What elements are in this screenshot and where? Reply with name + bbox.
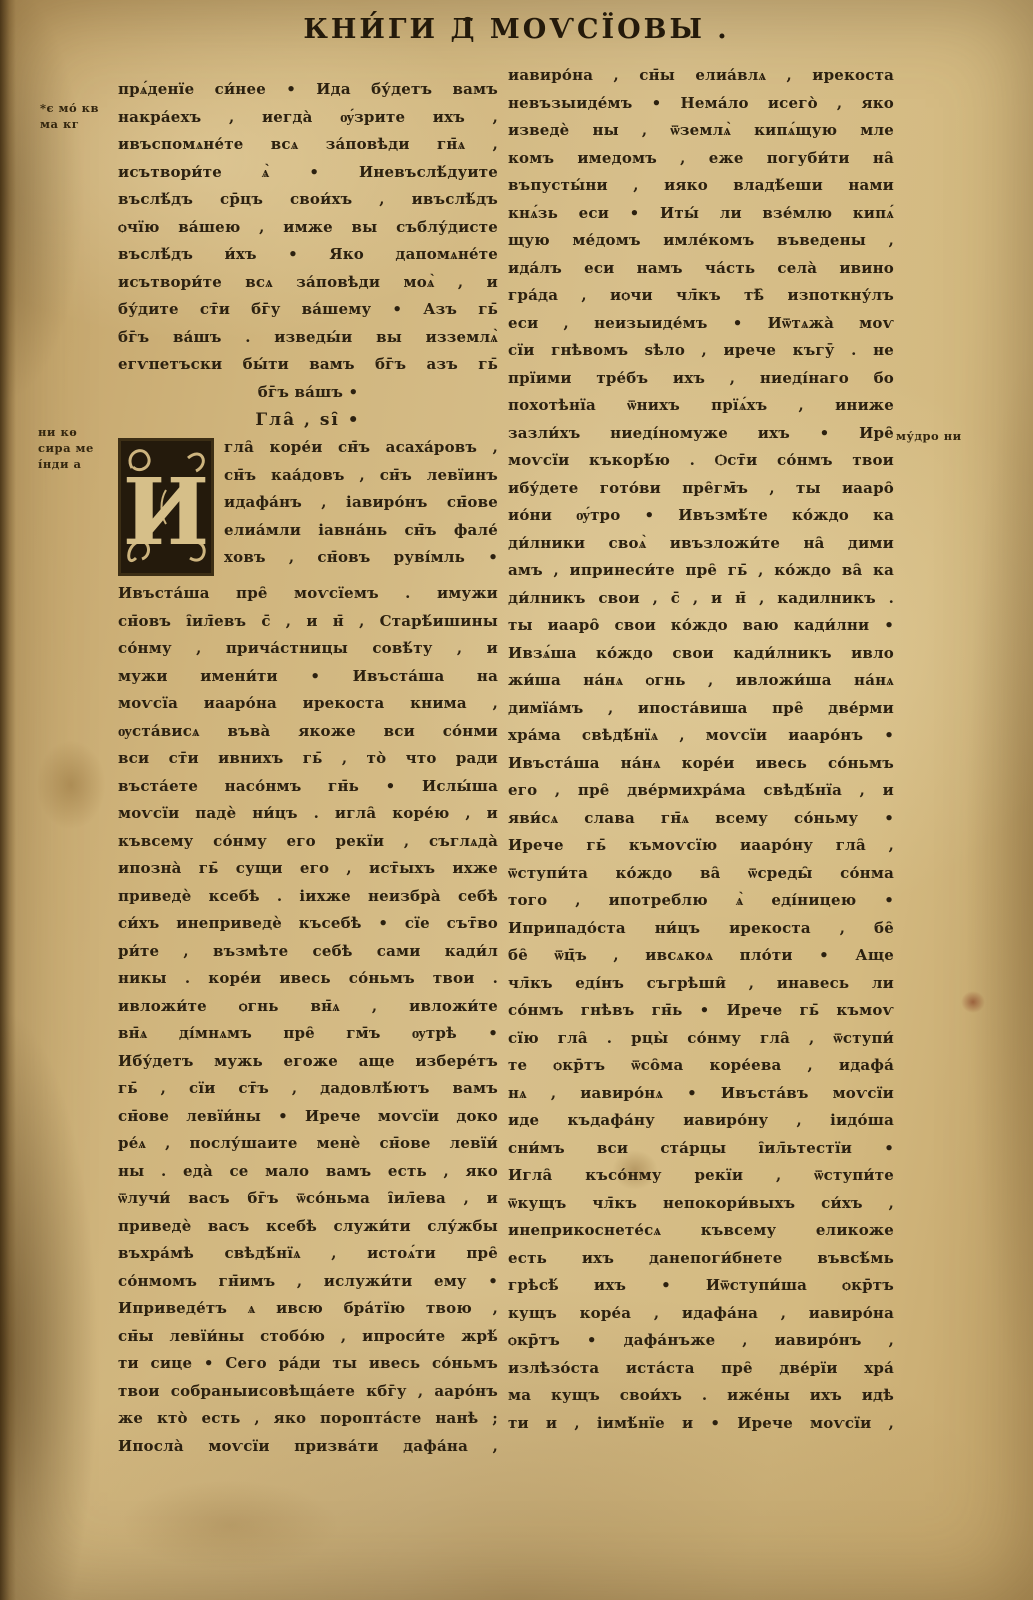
text-line: въхра́мѣ свѣдѣ́нїѧ , истоѧ́ти пре̑ [118,1240,498,1268]
text-line: въслѣ́дъ и́хъ • Яко дапомѧне́те [118,241,498,269]
text-line: ѻкр̄тъ • дафа́нъже , иавиро́нъ , [508,1327,894,1355]
text-line: гла̑ коре́и сн̄ъ асаха́ровъ , [224,434,498,462]
text-line: щую ме́домъ имле́комъ въведены , [508,227,894,255]
margin-note-reference-right: му́дро ни [896,428,1006,444]
text-line: того , ипотреблю ѧ̀ еді́ницею • [508,887,894,915]
text-line: Ирече гь̄ къмоѵсїю иааро́ну гла̑ , [508,832,894,860]
text-line: Ивзѧ́ша ко́ждо свои кади́лникъ ивло [508,640,894,668]
margin-note-references-chapter: ни кѳ сира ме і́нди а [38,424,110,472]
decorative-initial-block: И [118,438,214,580]
text-line: ибу́дете гото́ви пре̑гм̄ъ , ты иааро̑ [508,475,894,503]
text-line: Игла̑ късо́нму рекїи , ѿступи́те [508,1162,894,1190]
margin-note-line: сира ме [38,440,110,456]
text-line: ио́ни ѹ́тро • Ивъзмѣ́те ко́ждо ка [508,502,894,530]
text-line: ѻчїю ва́шею , имже вы съблу́дисте [118,214,498,242]
text-line: къвсему со́нму его рекїи , съглѧда̀ [118,828,498,856]
initial-letter: И [123,458,210,566]
text-line: кнѧ́зь еси • Иты́ ли взе́млю кипѧ́ [508,200,894,228]
binding-edge-shadow [0,0,16,1600]
text-line: въслѣ́дъ ср̄цъ свои́хъ , ивъслѣ́дъ [118,186,498,214]
text-line: твои собраныисовѣща́ете кбг̄у , ааро́нъ [118,1378,498,1406]
text-line: никы . коре́и ивесь со́ньмъ твои . [118,965,498,993]
text-line: сн̄овъ і̑ил̄евъ с̄ , и н̄ , Старѣ́ишины [118,608,498,636]
chapter-body-text: иавиро́на , сн̄ы елиа́влѧ , ирекостаневъ… [508,62,894,1437]
text-line: ти и , іимѣ́нїе и • Ирече моѵсїи , [508,1410,894,1438]
text-line: бе̑ ѿц̄ъ , ивсѧкоѧ пло́ти • Аще [508,942,894,970]
chapter-body-text: Ивъста́ша пре̑ моѵсїемъ . имужисн̄овъ і̑… [118,580,498,1460]
text-line: со́нмъ гнѣвъ гн̄ь • Ирече гь̄ къмоѵ [508,997,894,1025]
text-line: со́нму , прича́стницы совѣ́ту , и [118,635,498,663]
text-line: бу́дите ст̄и бг̄у ва́шему • Азъ гь̄ [118,296,498,324]
text-line: изведѐ ны , ѿземлѧ̀ кипѧ́щую мле [508,117,894,145]
text-line: ховъ , сн̄овъ руві́мль • [224,544,498,572]
text-line: ти сице • Сего ра́ди ты ивесь со́ньмъ [118,1350,498,1378]
text-line: яви́сѧ слава гн̄ѧ всему со́ньму • [508,805,894,833]
text-line: ди́лникъ свои , с̄ , и н̄ , кадилникъ . [508,585,894,613]
text-line: ипозна̀ гь̄ сущи его , ист̄ыхъ ихже [118,855,498,883]
text-line: прїими тре́бъ ихъ , ниеді́наго бо [508,365,894,393]
text-line: ны . еда̀ се мало вамъ есть , яко [118,1158,498,1186]
text-line: комъ имедомъ , еже погуби́ти на̑ [508,145,894,173]
text-line: его , пре̑ две́рмихра́ма свѣдѣ́нїа , и [508,777,894,805]
text-line: ѿкущъ чл̄къ непокори́выхъ си́хъ , [508,1190,894,1218]
text-line: ѿступи́та ко́ждо ва̑ ѿсреды̑ со́нма [508,860,894,888]
left-text-column: прѧ́денїе си́нее • Ида бу́детъ вамънакра… [118,76,498,1460]
text-line: бг̄ъ ва́шъ . изведы́и вы изземлѧ̀ [118,324,498,352]
text-line: елиа́мли іавна́нь сн̄ъ фале́ [224,517,498,545]
text-line: ма кущъ свои́хъ . иже́ны ихъ идѣ [508,1382,894,1410]
text-line: со́нмомъ гн̄имъ , ислужи́ти ему • [118,1268,498,1296]
chapter-heading: Гла̑ , ѕі̑ • [118,406,498,434]
text-line: ѹста́висѧ въва̀ якоже вси со́нми [118,718,498,746]
text-line: амъ , ипринеси́те пре̑ гь̄ , ко́ждо ва̑ … [508,557,894,585]
text-line: инеприкоснете́сѧ къвсему еликоже [508,1217,894,1245]
margin-note-line: і́нди а [38,456,110,472]
text-line: егѵпетъски бы́ти вамъ бг̄ъ азъ гь̄ [118,351,498,379]
margin-note-line: ма кг [40,116,112,132]
text-line: приведѐ васъ ксебѣ служи́ти слу́жбы [118,1213,498,1241]
text-line: въста́ете насо́нмъ гн̄ь • Ислы́ша [118,773,498,801]
text-line: моѵсїи падѐ ни́цъ . игла̑ коре́ю , и [118,800,498,828]
text-line: ди́лники своѧ̀ ивъзложи́те на̑ дими [508,530,894,558]
margin-note-line: *є мо́ кв [40,100,112,116]
text-line: гра́да , иѻчи чл̄къ тѣ̑ изпоткну́лъ [508,282,894,310]
text-line: иавиро́на , сн̄ы елиа́влѧ , ирекоста [508,62,894,90]
text-line: сн̄ы левїи́ны стобо́ю , ипроси́те жрѣ́ [118,1323,498,1351]
text-line: же кто̀ есть , яко поропта́сте нанѣ ; [118,1405,498,1433]
text-line: грѣсѣ́ ихъ • Иѿступи́ша ѻкр̄тъ [508,1272,894,1300]
text-line: Ибу́детъ мужь егоже аще избере́тъ [118,1048,498,1076]
text-line: приведѐ ксебѣ . іихже неизбра̀ себѣ [118,883,498,911]
text-line: ида́лъ еси намъ ча́сть села̀ ивино [508,255,894,283]
text-line: хра́ма свѣдѣ́нїѧ , моѵсїи иааро́нъ • [508,722,894,750]
text-line: си́хъ инеприведѐ късебѣ • сїе сът̄во [118,910,498,938]
text-line: исътвори́те всѧ за́повѣди моѧ̀ , и [118,269,498,297]
text-line: есть ихъ данепоги́бнете въвсѣ́мь [508,1245,894,1273]
text-line: ты иааро̑ свои ко́ждо ваю кади́лни • [508,612,894,640]
text-line: Иприведе́тъ ѧ ивсю бра́тїю твою , [118,1295,498,1323]
text-line: исътвори́те ѧ̀ • Иневъслѣ́дуите [118,159,498,187]
text-line: сни́мъ вси ста́рцы і̑ил̄ьтестїи • [508,1135,894,1163]
text-line: сїю гла̑ . рцы̀ со́нму гла̑ , ѿступи́ [508,1025,894,1053]
paragraph-verse-end: прѧ́денїе си́нее • Ида бу́детъ вамънакра… [118,76,498,379]
text-line: ивъспомѧне́те всѧ за́повѣди гн̄ѧ , [118,131,498,159]
right-text-column: иавиро́на , сн̄ы елиа́влѧ , ирекостаневъ… [508,62,894,1437]
text-line: невъзыиде́мъ • Нема́ло исего̀ , яко [508,90,894,118]
text-line: Ипосла̀ моѵсїи призва́ти дафа́на , [118,1433,498,1461]
text-line: вн̄ѧ ді́мнѧмъ пре̑ гм̄ъ ѹтрѣ • [118,1020,498,1048]
text-line: те ѻкр̄тъ ѿсо̑ма коре́ева , идафа́ [508,1052,894,1080]
text-line: Ивъста́ша пре̑ моѵсїемъ . имужи [118,580,498,608]
text-line: Ивъста́ша на́нѧ коре́и ивесь со́ньмъ [508,750,894,778]
text-line: прѧ́денїе си́нее • Ида бу́детъ вамъ [118,76,498,104]
text-line: идафа́нъ , іавиро́нъ сн̄ове [224,489,498,517]
initial-adjacent-lines: гла̑ коре́и сн̄ъ асаха́ровъ ,сн̄ъ каа́до… [224,434,498,572]
text-line: въпусты́ни , ияко владѣ́еши нами [508,172,894,200]
text-line: сїи гнѣвомъ ѕѣло , ирече къгӯ . не [508,337,894,365]
text-line: димїа́мъ , ипоста́виша пре̑ две́рми [508,695,894,723]
text-line: ивложи́те ѻгнь вн̄ѧ , ивложи́те [118,993,498,1021]
woodcut-initial-icon: И [118,438,214,576]
text-line: похотѣнїа ѿнихъ прїѧ́хъ , иниже [508,392,894,420]
text-line: вси ст̄и ивнихъ гь̄ , то̀ что ради [118,745,498,773]
text-line: моѵсїа иааро́на ирекоста книма , [118,690,498,718]
text-line: моѵсїи къкорѣ́ю . Ѻст̄и со́нмъ твои [508,447,894,475]
margin-note-line: ни кѳ [38,424,110,440]
text-line: ри́те , възмѣте себѣ сами кади́л [118,938,498,966]
text-line: зазли́хъ ниеді́номуже ихъ • Ире̑ [508,420,894,448]
margin-note-references-top: *є мо́ кв ма кг [40,100,112,132]
text-line: гь̄ , сїи ст̄ъ , дадовлѣ́ютъ вамъ [118,1075,498,1103]
text-line: чл̄къ еді́нъ съгрѣши̑ , инавесь ли [508,970,894,998]
text-line: ре́ѧ , послу́шаите менѐ сн̄ове левїи́ [118,1130,498,1158]
text-line: излѣзо́ста иста́ста пре̑ две́рїи хра́ [508,1355,894,1383]
text-line: Иприпадо́ста ни́цъ ирекоста , бе̑ [508,915,894,943]
paragraph-last-line: бг̄ъ ва́шъ • [118,379,498,407]
text-line: кущъ коре́а , идафа́на , иавиро́на [508,1300,894,1328]
text-line: нѧ , иавиро́нѧ • Ивъста́въ моѵсїи [508,1080,894,1108]
page-title: КНИ́ГИ Д̑ МОѴСЇОВЫ . [0,14,1033,45]
text-line: накра́ехъ , иегда̀ ѹ́зрите ихъ , [118,104,498,132]
text-line: жи́ша на́нѧ ѻгнь , ивложи́ша на́нѧ [508,667,894,695]
text-line: сн̄ове левїи́ны • Ирече моѵсїи доко [118,1103,498,1131]
text-line: иде къдафа́ну иавиро́ну , іидо́ша [508,1107,894,1135]
text-line: мужи имени́ти • Ивъста́ша на [118,663,498,691]
text-line: еси , неизыиде́мъ • Иѿтѧжа̀ моѵ [508,310,894,338]
text-line: сн̄ъ каа́довъ , сн̄ъ левїинъ [224,462,498,490]
chapter-opening: И гла̑ коре́и сн̄ъ асаха́ровъ ,сн̄ъ каа́… [118,434,498,580]
text-line: ѿлучи́ васъ бг̄ъ ѿсо́ньма і̑ил̄ева , и [118,1185,498,1213]
